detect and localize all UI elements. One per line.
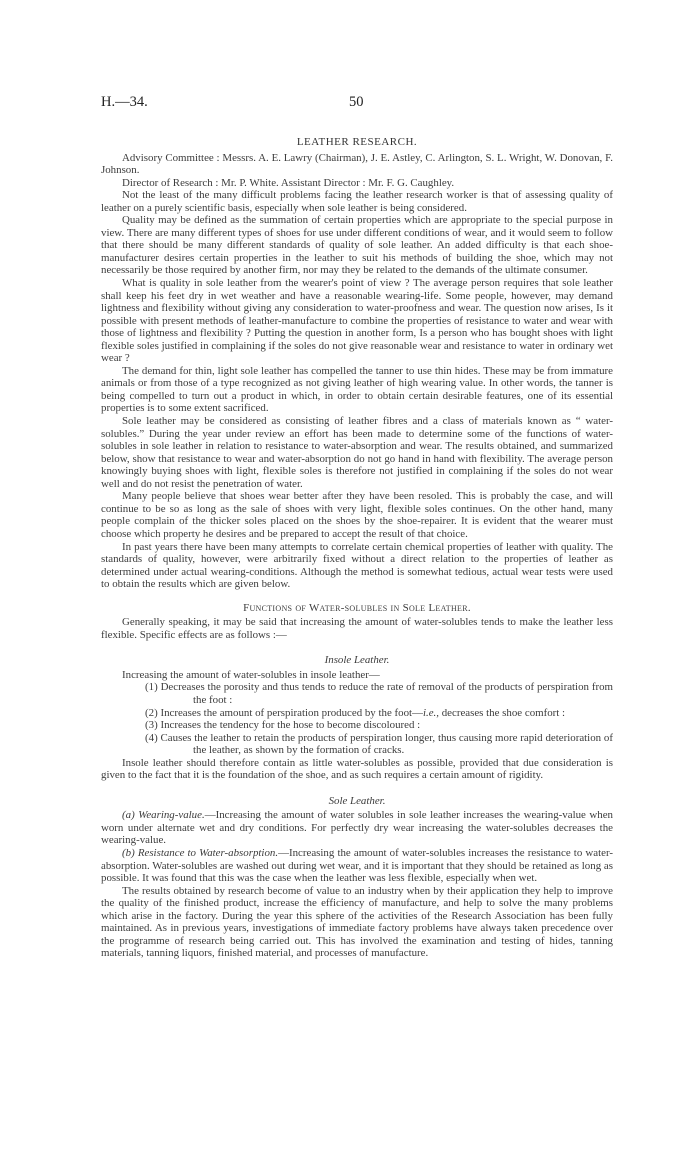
list-item: (4) Causes the leather to retain the pro… bbox=[101, 732, 613, 757]
sole-heading: Sole Leather. bbox=[101, 795, 613, 808]
page-number: 50 bbox=[349, 94, 364, 111]
insole-heading: Insole Leather. bbox=[101, 654, 613, 667]
paragraph: Many people believe that shoes wear bett… bbox=[101, 490, 613, 540]
page-header: H.—34. 50 bbox=[101, 94, 613, 114]
paragraph: Insole leather should therefore contain … bbox=[101, 757, 613, 782]
document-reference: H.—34. bbox=[101, 94, 148, 111]
list-item: (2) Increases the amount of perspiration… bbox=[101, 707, 613, 720]
section-title: LEATHER RESEARCH. bbox=[101, 136, 613, 149]
paragraph: What is quality in sole leather from the… bbox=[101, 277, 613, 365]
paragraph: The results obtained by research become … bbox=[101, 885, 613, 960]
sole-item: (b) Resistance to Water-absorption.—Incr… bbox=[101, 847, 613, 885]
list-item: (3) Increases the tendency for the hose … bbox=[101, 719, 613, 732]
document-body: LEATHER RESEARCH. Advisory Committee : M… bbox=[101, 136, 613, 960]
paragraph: Not the least of the many difficult prob… bbox=[101, 189, 613, 214]
insole-lead: Increasing the amount of water-solubles … bbox=[101, 669, 613, 682]
insole-effects-list: (1) Decreases the porosity and thus tend… bbox=[101, 681, 613, 756]
advisory-committee: Advisory Committee : Messrs. A. E. Lawry… bbox=[101, 152, 613, 177]
paragraph: In past years there have been many attem… bbox=[101, 541, 613, 591]
paragraph: Generally speaking, it may be said that … bbox=[101, 616, 613, 641]
functions-heading: Functions of Water-solubles in Sole Leat… bbox=[101, 602, 613, 615]
paragraph: Quality may be defined as the summation … bbox=[101, 214, 613, 277]
sole-item: (a) Wearing-value.—Increasing the amount… bbox=[101, 809, 613, 847]
paragraph: The demand for thin, light sole leather … bbox=[101, 365, 613, 415]
list-item: (1) Decreases the porosity and thus tend… bbox=[101, 681, 613, 706]
paragraph: Sole leather may be considered as consis… bbox=[101, 415, 613, 490]
director-line: Director of Research : Mr. P. White. Ass… bbox=[101, 177, 613, 190]
